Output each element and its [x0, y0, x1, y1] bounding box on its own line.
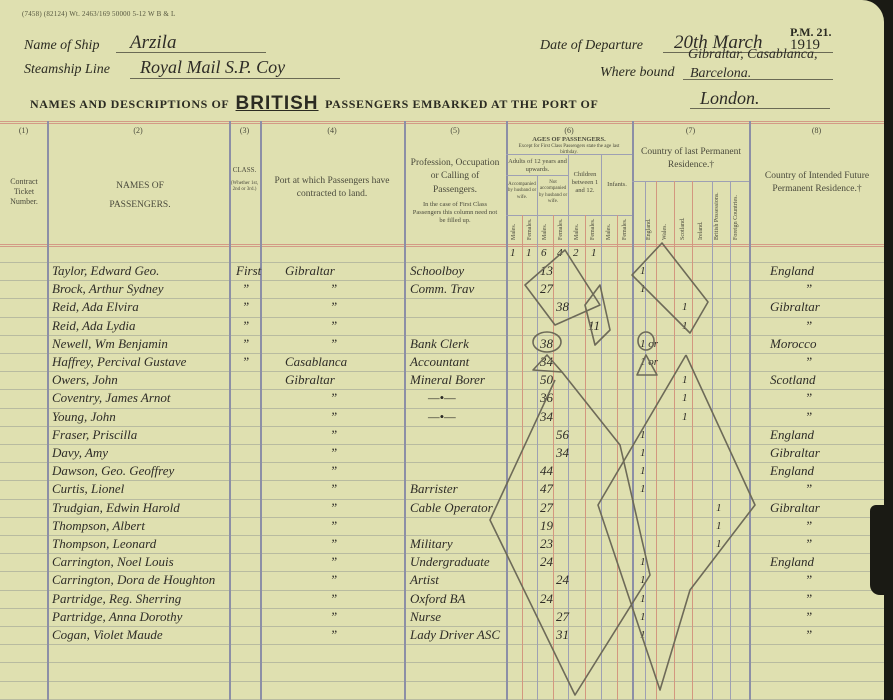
page-tear	[870, 505, 884, 595]
passenger-manifest-page: (7458) (82124) Wt. 2463/169 50000 5-12 W…	[0, 0, 884, 700]
pencil-markings	[0, 0, 884, 700]
